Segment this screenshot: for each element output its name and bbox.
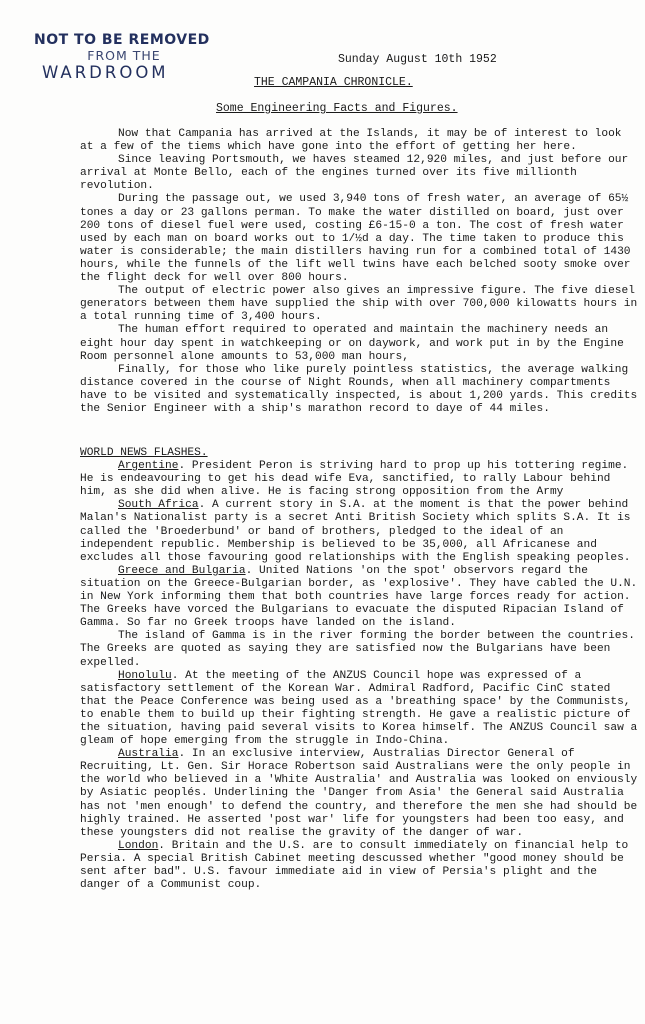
world-news-section: WORLD NEWS FLASHES. Argentine. President… — [80, 447, 640, 892]
news-place: South Africa — [118, 499, 199, 511]
stamp-line-3: WARDROOM — [34, 63, 214, 82]
news-place: Argentine — [118, 460, 178, 472]
paragraph: Finally, for those who like purely point… — [80, 364, 640, 416]
paragraph: The human effort required to operated an… — [80, 324, 640, 363]
stamp-line-1: NOT TO BE REMOVED — [34, 32, 214, 48]
news-item-gamma: The island of Gamma is in the river form… — [80, 630, 640, 669]
news-text: The island of Gamma is in the river form… — [80, 630, 635, 668]
stamp-line-2: FROM THE — [34, 48, 214, 63]
news-place: Greece and Bulgaria — [118, 565, 246, 577]
news-place: Honolulu — [118, 670, 172, 682]
paragraph: Now that Campania has arrived at the Isl… — [80, 128, 640, 154]
news-text: . Britain and the U.S. are to consult im… — [80, 840, 628, 891]
paragraph: The output of electric power also gives … — [80, 285, 640, 324]
paragraph: Since leaving Portsmouth, we haves steam… — [80, 154, 640, 193]
news-place: London — [118, 840, 158, 852]
document-page: NOT TO BE REMOVED FROM THE WARDROOM Sund… — [0, 0, 645, 1024]
wardroom-stamp: NOT TO BE REMOVED FROM THE WARDROOM — [34, 32, 214, 82]
section-subtitle: Some Engineering Facts and Figures. — [216, 102, 458, 115]
newsletter-title: THE CAMPANIA CHRONICLE. — [254, 76, 413, 89]
news-item-south-africa: South Africa. A current story in S.A. at… — [80, 499, 640, 564]
news-item-greece-bulgaria: Greece and Bulgaria. United Nations 'on … — [80, 565, 640, 630]
news-item-argentine: Argentine. President Peron is striving h… — [80, 460, 640, 499]
engineering-article: Now that Campania has arrived at the Isl… — [80, 128, 640, 416]
news-item-honolulu: Honolulu. At the meeting of the ANZUS Co… — [80, 670, 640, 749]
issue-date: Sunday August 10th 1952 — [338, 53, 497, 66]
news-text: . In an exclusive interview, Australias … — [80, 748, 637, 839]
news-heading: WORLD NEWS FLASHES. — [80, 447, 640, 460]
paragraph: During the passage out, we used 3,940 to… — [80, 193, 640, 285]
news-item-london: London. Britain and the U.S. are to cons… — [80, 840, 640, 892]
news-item-australia: Australia. In an exclusive interview, Au… — [80, 748, 640, 840]
news-place: Australia — [118, 748, 178, 760]
